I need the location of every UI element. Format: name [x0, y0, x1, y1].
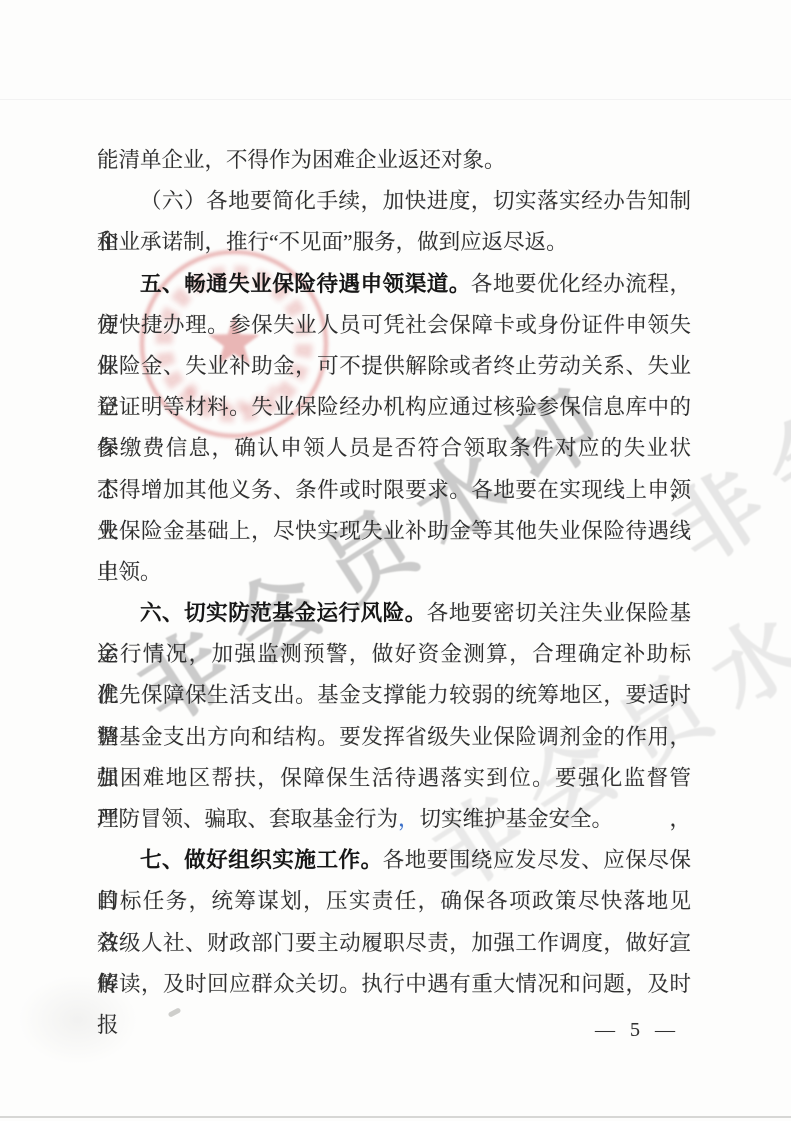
section-heading-segment: 六、切实防范基金运行风险。 [140, 601, 427, 625]
text-line: 各级人社、财政部门要主动履职尽责，加强工作调度，做好宣传 [97, 923, 691, 964]
page-number: — 5 — [595, 1019, 680, 1042]
text-segment: 企业承诺制，推行“不见面”服务，做到应返尽返。 [97, 230, 568, 254]
text-segment: 能清单企业，不得作为困难企业返还对象。 [97, 148, 506, 172]
text-line: 企业承诺制，推行“不见面”服务，做到应返尽返。 [97, 222, 691, 263]
text-line: 能清单企业，不得作为困难企业返还对象。 [97, 140, 691, 181]
document-text: 能清单企业，不得作为困难企业返还对象。（六）各地要简化手续，加快进度，切实落实经… [97, 140, 691, 1005]
text-line: 优先保障保生活支出。基金支撑能力较弱的统筹地区，要适时调 [97, 675, 691, 716]
text-line: （六）各地要简化手续，加快进度，切实落实经办告知制和 [97, 181, 691, 222]
text-line: 便快捷办理。参保失业人员可凭社会保障卡或身份证件申领失业 [97, 305, 691, 346]
scan-artifact-line [0, 99, 791, 100]
text-line: 强困难地区帮扶，保障保生活待遇落实到位。要强化监督管理， [97, 758, 691, 799]
text-line: 记证明等材料。失业保险经办机构应通过核验参保信息库中的参 [97, 387, 691, 428]
text-segment: ， [398, 807, 420, 831]
text-line: 解读，及时回应群众关切。执行中遇有重大情况和问题，及时报 [97, 964, 691, 1005]
text-line: 严防冒领、骗取、套取基金行为，切实维护基金安全。 [97, 799, 691, 840]
text-line: 七、做好组织实施工作。各地要围绕应发尽发、应保尽保的 [97, 840, 691, 881]
text-line: 六、切实防范基金运行风险。各地要密切关注失业保险基金 [97, 593, 691, 634]
scan-speck [168, 1007, 182, 1018]
section-heading-segment: 五、畅通失业保险待遇申领渠道。 [140, 272, 471, 296]
section-heading-segment: 七、做好组织实施工作。 [140, 848, 383, 872]
document-page: 非会员水印 非会员水印 非会员水印 能清单企业，不得作为困难企业返还对象。（六）… [0, 0, 791, 1121]
scan-edge-line [0, 1116, 791, 1118]
text-line: 不得增加其他义务、条件或时限要求。各地要在实现线上申领失 [97, 470, 691, 511]
text-line: 业保险金基础上，尽快实现失业补助金等其他失业保险待遇线上 [97, 511, 691, 552]
text-line: 保险金、失业补助金，可不提供解除或者终止劳动关系、失业登 [97, 346, 691, 387]
text-line: 五、畅通失业保险待遇申领渠道。各地要优化经办流程，方 [97, 264, 691, 305]
text-line: 运行情况，加强监测预警，做好资金测算，合理确定补助标准， [97, 634, 691, 675]
text-line: 整基金支出方向和结构。要发挥省级失业保险调剂金的作用，加 [97, 717, 691, 758]
text-line: 目标任务，统筹谋划，压实责任，确保各项政策尽快落地见效。 [97, 881, 691, 922]
text-segment: 严防冒领、骗取、套取基金行为 [97, 807, 398, 831]
text-line: 保缴费信息，确认申领人员是否符合领取条件对应的失业状态， [97, 428, 691, 469]
text-line: 申领。 [97, 552, 691, 593]
text-segment: 切实维护基金安全。 [420, 807, 614, 831]
text-segment: 申领。 [97, 560, 162, 584]
